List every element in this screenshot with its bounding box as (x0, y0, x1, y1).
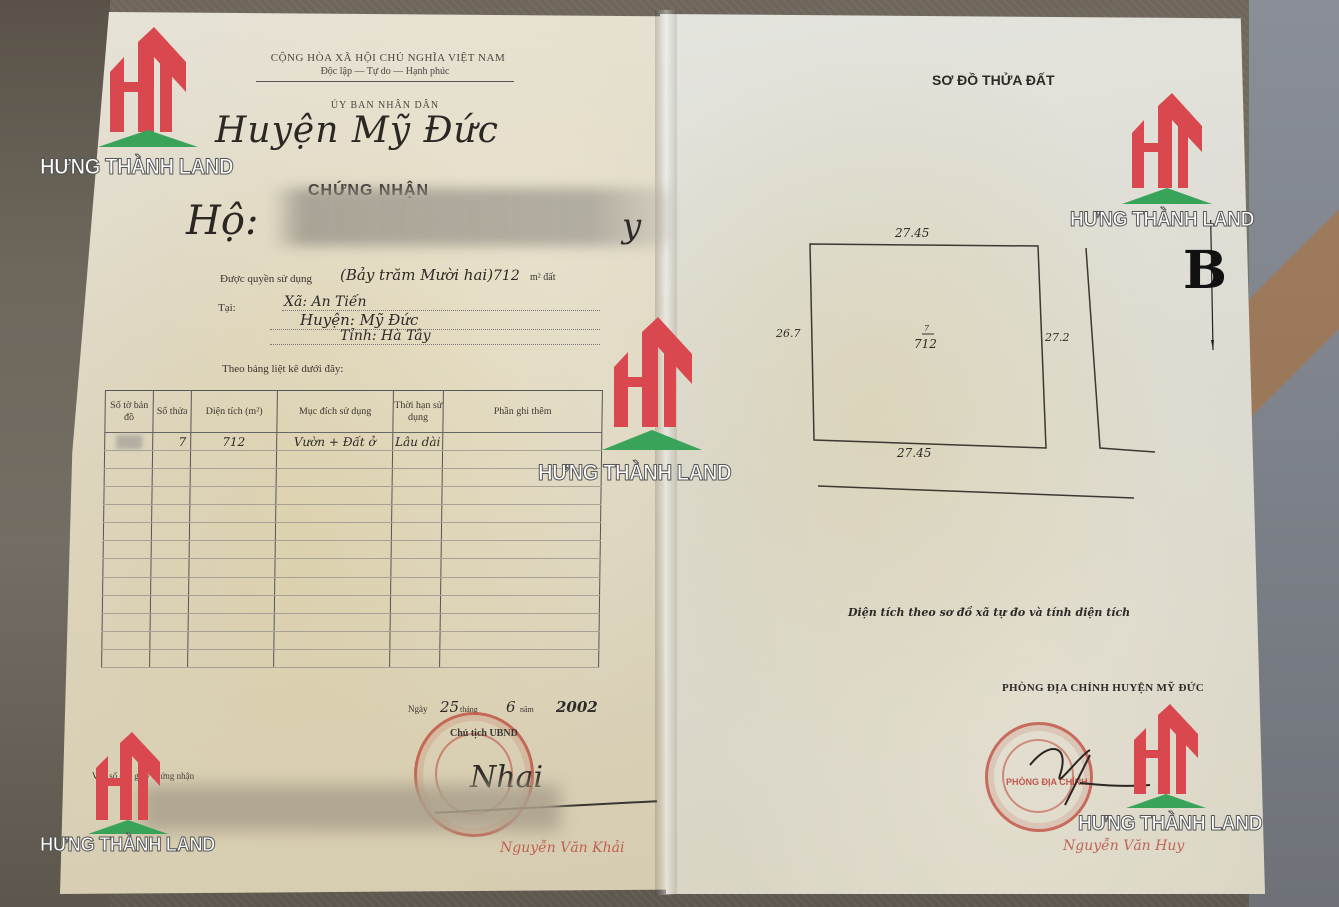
table-row-empty (103, 541, 600, 559)
north-label: B (1183, 240, 1227, 301)
plot-left-length: 26.7 (776, 327, 801, 340)
district-title: Huyện Mỹ Đức (215, 110, 499, 151)
col-notes: Phần ghi thêm (443, 391, 603, 433)
cell-notes (443, 433, 602, 451)
watermark-logo-center (602, 312, 702, 452)
usage-line: Được quyền sử dụng (Bảy trăm Mười hai) 7… (220, 266, 610, 288)
signer-title: Chủ tịch UBND (450, 728, 518, 739)
signer-name-red: Nguyễn Văn Khải (500, 840, 624, 856)
location-label: Tại: (218, 302, 236, 314)
table-row-empty (104, 505, 601, 523)
ht-logo-icon (88, 728, 168, 836)
date-day: 25 (440, 698, 459, 716)
location-province: Tỉnh: Hà Tây (270, 328, 600, 345)
floor-tile-right (1249, 0, 1339, 907)
watermark-text-bottom-right: HƯNG THÀNH LAND (1078, 812, 1262, 836)
plot-diagram (770, 220, 1230, 510)
issue-date-line: Ngày 25 tháng 6 năm 2002 (408, 698, 608, 720)
plot-bottom-length: 27.45 (897, 446, 931, 460)
plot-right-length: 27.2 (1045, 331, 1070, 344)
usage-amount: 712 (493, 268, 520, 284)
cadastral-office: PHÒNG ĐỊA CHÍNH HUYỆN MỸ ĐỨC (1002, 682, 1204, 694)
watermark-logo-bottom-left (88, 728, 168, 836)
watermark-logo-bottom-right (1126, 700, 1206, 810)
plot-diagram-title: SƠ ĐỒ THỬA ĐẤT (932, 72, 1055, 88)
table-row-empty (103, 559, 600, 577)
land-parcel-table: Số tờ bản đồ Số thửa Diện tích (m²) Mục … (101, 390, 603, 668)
table-row-empty (102, 631, 599, 649)
redacted-value (116, 435, 142, 449)
col-purpose: Mục đích sử dụng (277, 391, 394, 433)
table-row-empty (102, 595, 599, 613)
plot-top-length: 27.45 (895, 226, 929, 240)
neighbor-boundary (1086, 248, 1155, 452)
date-year: 2002 (556, 698, 598, 716)
col-parcel-no: Số thửa (153, 391, 192, 433)
ht-logo-icon (1122, 88, 1212, 206)
usage-unit: m² đất (530, 272, 556, 283)
plot-area: 712 (914, 337, 937, 351)
holder-label: Hộ: (186, 198, 258, 244)
cell-parcel-no: 7 (153, 433, 191, 451)
ht-logo-icon (98, 22, 198, 152)
registry-number-redacted (140, 785, 560, 831)
road-line (818, 486, 1134, 498)
cell-duration: Lâu dài (393, 433, 443, 451)
table-intro: Theo bảng liệt kê dưới đây: (222, 363, 343, 375)
national-motto: Độc lập — Tự do — Hạnh phúc (285, 66, 485, 77)
table-row: 7 712 Vườn + Đất ở Lâu dài (105, 433, 602, 451)
col-map-sheet: Số tờ bản đồ (105, 391, 154, 433)
republic-header: CỘNG HÒA XÃ HỘI CHỦ NGHĨA VIỆT NAM (258, 52, 518, 64)
date-year-label: năm (520, 705, 534, 714)
usage-amount-words: (Bảy trăm Mười hai) (340, 266, 493, 284)
ht-logo-icon (602, 312, 702, 452)
cadastral-signer-red: Nguyễn Văn Huy (1063, 838, 1184, 854)
watermark-text-center: HƯNG THÀNH LAND (538, 460, 731, 486)
table-row-empty (104, 487, 601, 505)
table-row-empty (102, 613, 599, 631)
watermark-text-bottom-left: HƯNG THÀNH LAND (40, 834, 215, 857)
table-row-empty (104, 451, 601, 469)
holder-name-redacted (270, 188, 670, 246)
date-prefix: Ngày (408, 704, 428, 714)
watermark-text-top-left: HƯNG THÀNH LAND (40, 154, 233, 180)
col-duration: Thời hạn sử dụng (393, 391, 444, 433)
table-row-empty (103, 577, 600, 595)
table-row-empty (104, 469, 601, 487)
table-header-row: Số tờ bản đồ Số thửa Diện tích (m²) Mục … (105, 391, 603, 433)
location-commune: Xã: An Tiến (282, 294, 600, 311)
table-row-empty (102, 649, 599, 667)
cell-purpose: Vườn + Đất ở (277, 433, 393, 451)
watermark-logo-top-left (98, 22, 198, 152)
watermark-logo-top-right (1122, 88, 1212, 206)
ht-logo-icon (1126, 700, 1206, 810)
table-row-empty (103, 523, 600, 541)
cell-map-sheet (105, 433, 153, 451)
usage-label: Được quyền sử dụng (220, 273, 312, 285)
col-area: Diện tích (m²) (191, 391, 278, 433)
cell-area: 712 (191, 433, 277, 451)
header-divider (256, 81, 514, 82)
watermark-text-top-right: HƯNG THÀNH LAND (1070, 208, 1254, 232)
plot-parcel-number: 7 (924, 324, 929, 333)
holder-name-tail: y (622, 206, 641, 246)
date-month: 6 (506, 698, 516, 716)
area-note: Diện tích theo sơ đồ xã tự đo và tính di… (848, 606, 1130, 619)
booklet-spine (655, 10, 677, 895)
